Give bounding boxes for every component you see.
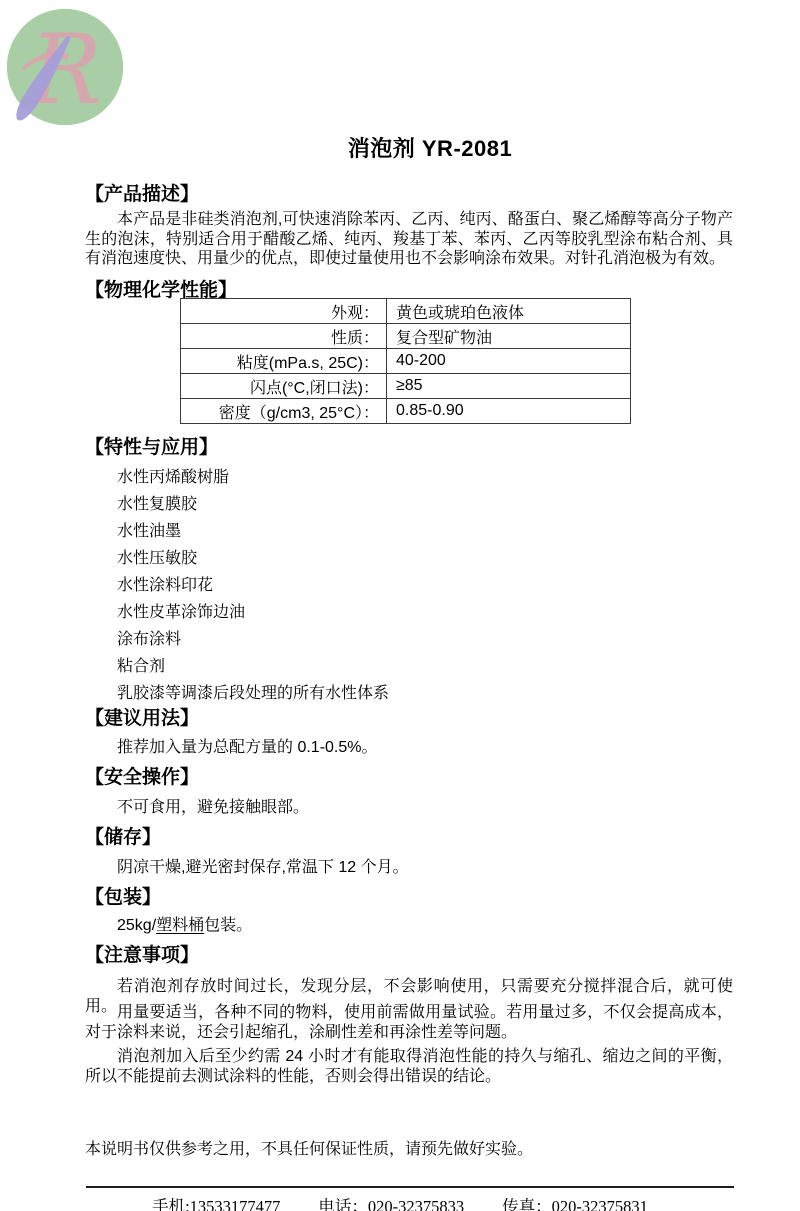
section-heading-recommended-usage: 【建议用法】 — [85, 709, 199, 730]
contact-phone: 电话：020-32375833 — [318, 1193, 464, 1211]
property-value: 40-200 — [387, 349, 631, 374]
document-page: R 消泡剂 YR-2081 【产品描述】 本产品是非硅类消泡剂,可快速消除苯丙、… — [0, 0, 800, 1211]
precaution-paragraph: 消泡剂加入后至少约需 24 小时才有能取得消泡性能的持久与缩孔、缩边之间的平衡，… — [85, 1047, 733, 1086]
property-label: 外观： — [181, 299, 387, 324]
packaging-text-prefix: 25kg/ — [117, 917, 156, 934]
footer-divider — [86, 1186, 734, 1188]
list-item: 乳胶漆等调漆后段处理的所有水性体系 — [117, 680, 677, 707]
section-heading-product-description: 【产品描述】 — [85, 185, 199, 206]
property-value: 复合型矿物油 — [387, 324, 631, 349]
packaging-text: 25kg/塑料桶包装。 — [85, 916, 733, 936]
recommended-usage-text: 推荐加入量为总配方量的 0.1-0.5%。 — [85, 738, 733, 758]
property-value: ≥85 — [387, 374, 631, 399]
table-row: 闪点(°C,闭口法)： ≥85 — [181, 374, 631, 399]
property-label: 性质： — [181, 324, 387, 349]
list-item: 水性复膜胶 — [117, 491, 677, 518]
table-row: 密度（g/cm3, 25°C）： 0.85-0.90 — [181, 399, 631, 424]
list-item: 水性涂料印花 — [117, 572, 677, 599]
section-heading-safety: 【安全操作】 — [85, 768, 199, 789]
section-heading-features-applications: 【特性与应用】 — [85, 438, 218, 459]
contact-fax: 传真：020-32375831 — [502, 1193, 648, 1211]
section-heading-precautions: 【注意事项】 — [85, 946, 199, 967]
table-row: 粘度(mPa.s, 25C)： 40-200 — [181, 349, 631, 374]
company-logo: R — [3, 4, 129, 130]
storage-text: 阴凉干燥,避光密封保存,常温下 12 个月。 — [85, 858, 733, 878]
packaging-text-underlined: 塑料桶 — [156, 917, 204, 934]
product-description-text: 本产品是非硅类消泡剂,可快速消除苯丙、乙丙、纯丙、酪蛋白、聚乙烯醇等高分子物产生… — [85, 210, 733, 269]
logo-letter-r: R — [27, 13, 102, 126]
property-label: 闪点(°C,闭口法)： — [181, 374, 387, 399]
contact-mobile: 手机:13533177477 — [152, 1193, 280, 1211]
list-item: 涂布涂料 — [117, 626, 677, 653]
contact-info: 手机:13533177477 电话：020-32375833 传真：020-32… — [0, 1193, 800, 1211]
applications-list: 水性丙烯酸树脂 水性复膜胶 水性油墨 水性压敏胶 水性涂料印花 水性皮革涂饰边油… — [117, 464, 677, 707]
page-title-text: 消泡剂 YR-2081 — [348, 136, 512, 161]
property-value: 黄色或琥珀色液体 — [387, 299, 631, 324]
page-title: 消泡剂 YR-2081 — [0, 132, 800, 163]
property-label: 密度（g/cm3, 25°C）： — [181, 399, 387, 424]
precaution-paragraph: 用量要适当，各种不同的物料，使用前需做用量试验。若用量过多，不仅会提高成本，对于… — [85, 1003, 733, 1042]
list-item: 粘合剂 — [117, 653, 677, 680]
property-label: 粘度(mPa.s, 25C)： — [181, 349, 387, 374]
disclaimer-text: 本说明书仅供参考之用，不具任何保证性质，请预先做好实验。 — [85, 1140, 745, 1160]
section-heading-storage: 【储存】 — [85, 828, 161, 849]
table-row: 外观： 黄色或琥珀色液体 — [181, 299, 631, 324]
list-item: 水性丙烯酸树脂 — [117, 464, 677, 491]
table-row: 性质： 复合型矿物油 — [181, 324, 631, 349]
section-heading-packaging: 【包装】 — [85, 888, 161, 909]
list-item: 水性油墨 — [117, 518, 677, 545]
packaging-text-suffix: 包装。 — [204, 917, 252, 934]
list-item: 水性皮革涂饰边油 — [117, 599, 677, 626]
list-item: 水性压敏胶 — [117, 545, 677, 572]
property-value: 0.85-0.90 — [387, 399, 631, 424]
physical-properties-table: 外观： 黄色或琥珀色液体 性质： 复合型矿物油 粘度(mPa.s, 25C)： … — [180, 298, 631, 424]
safety-text: 不可食用，避免接触眼部。 — [85, 798, 733, 818]
